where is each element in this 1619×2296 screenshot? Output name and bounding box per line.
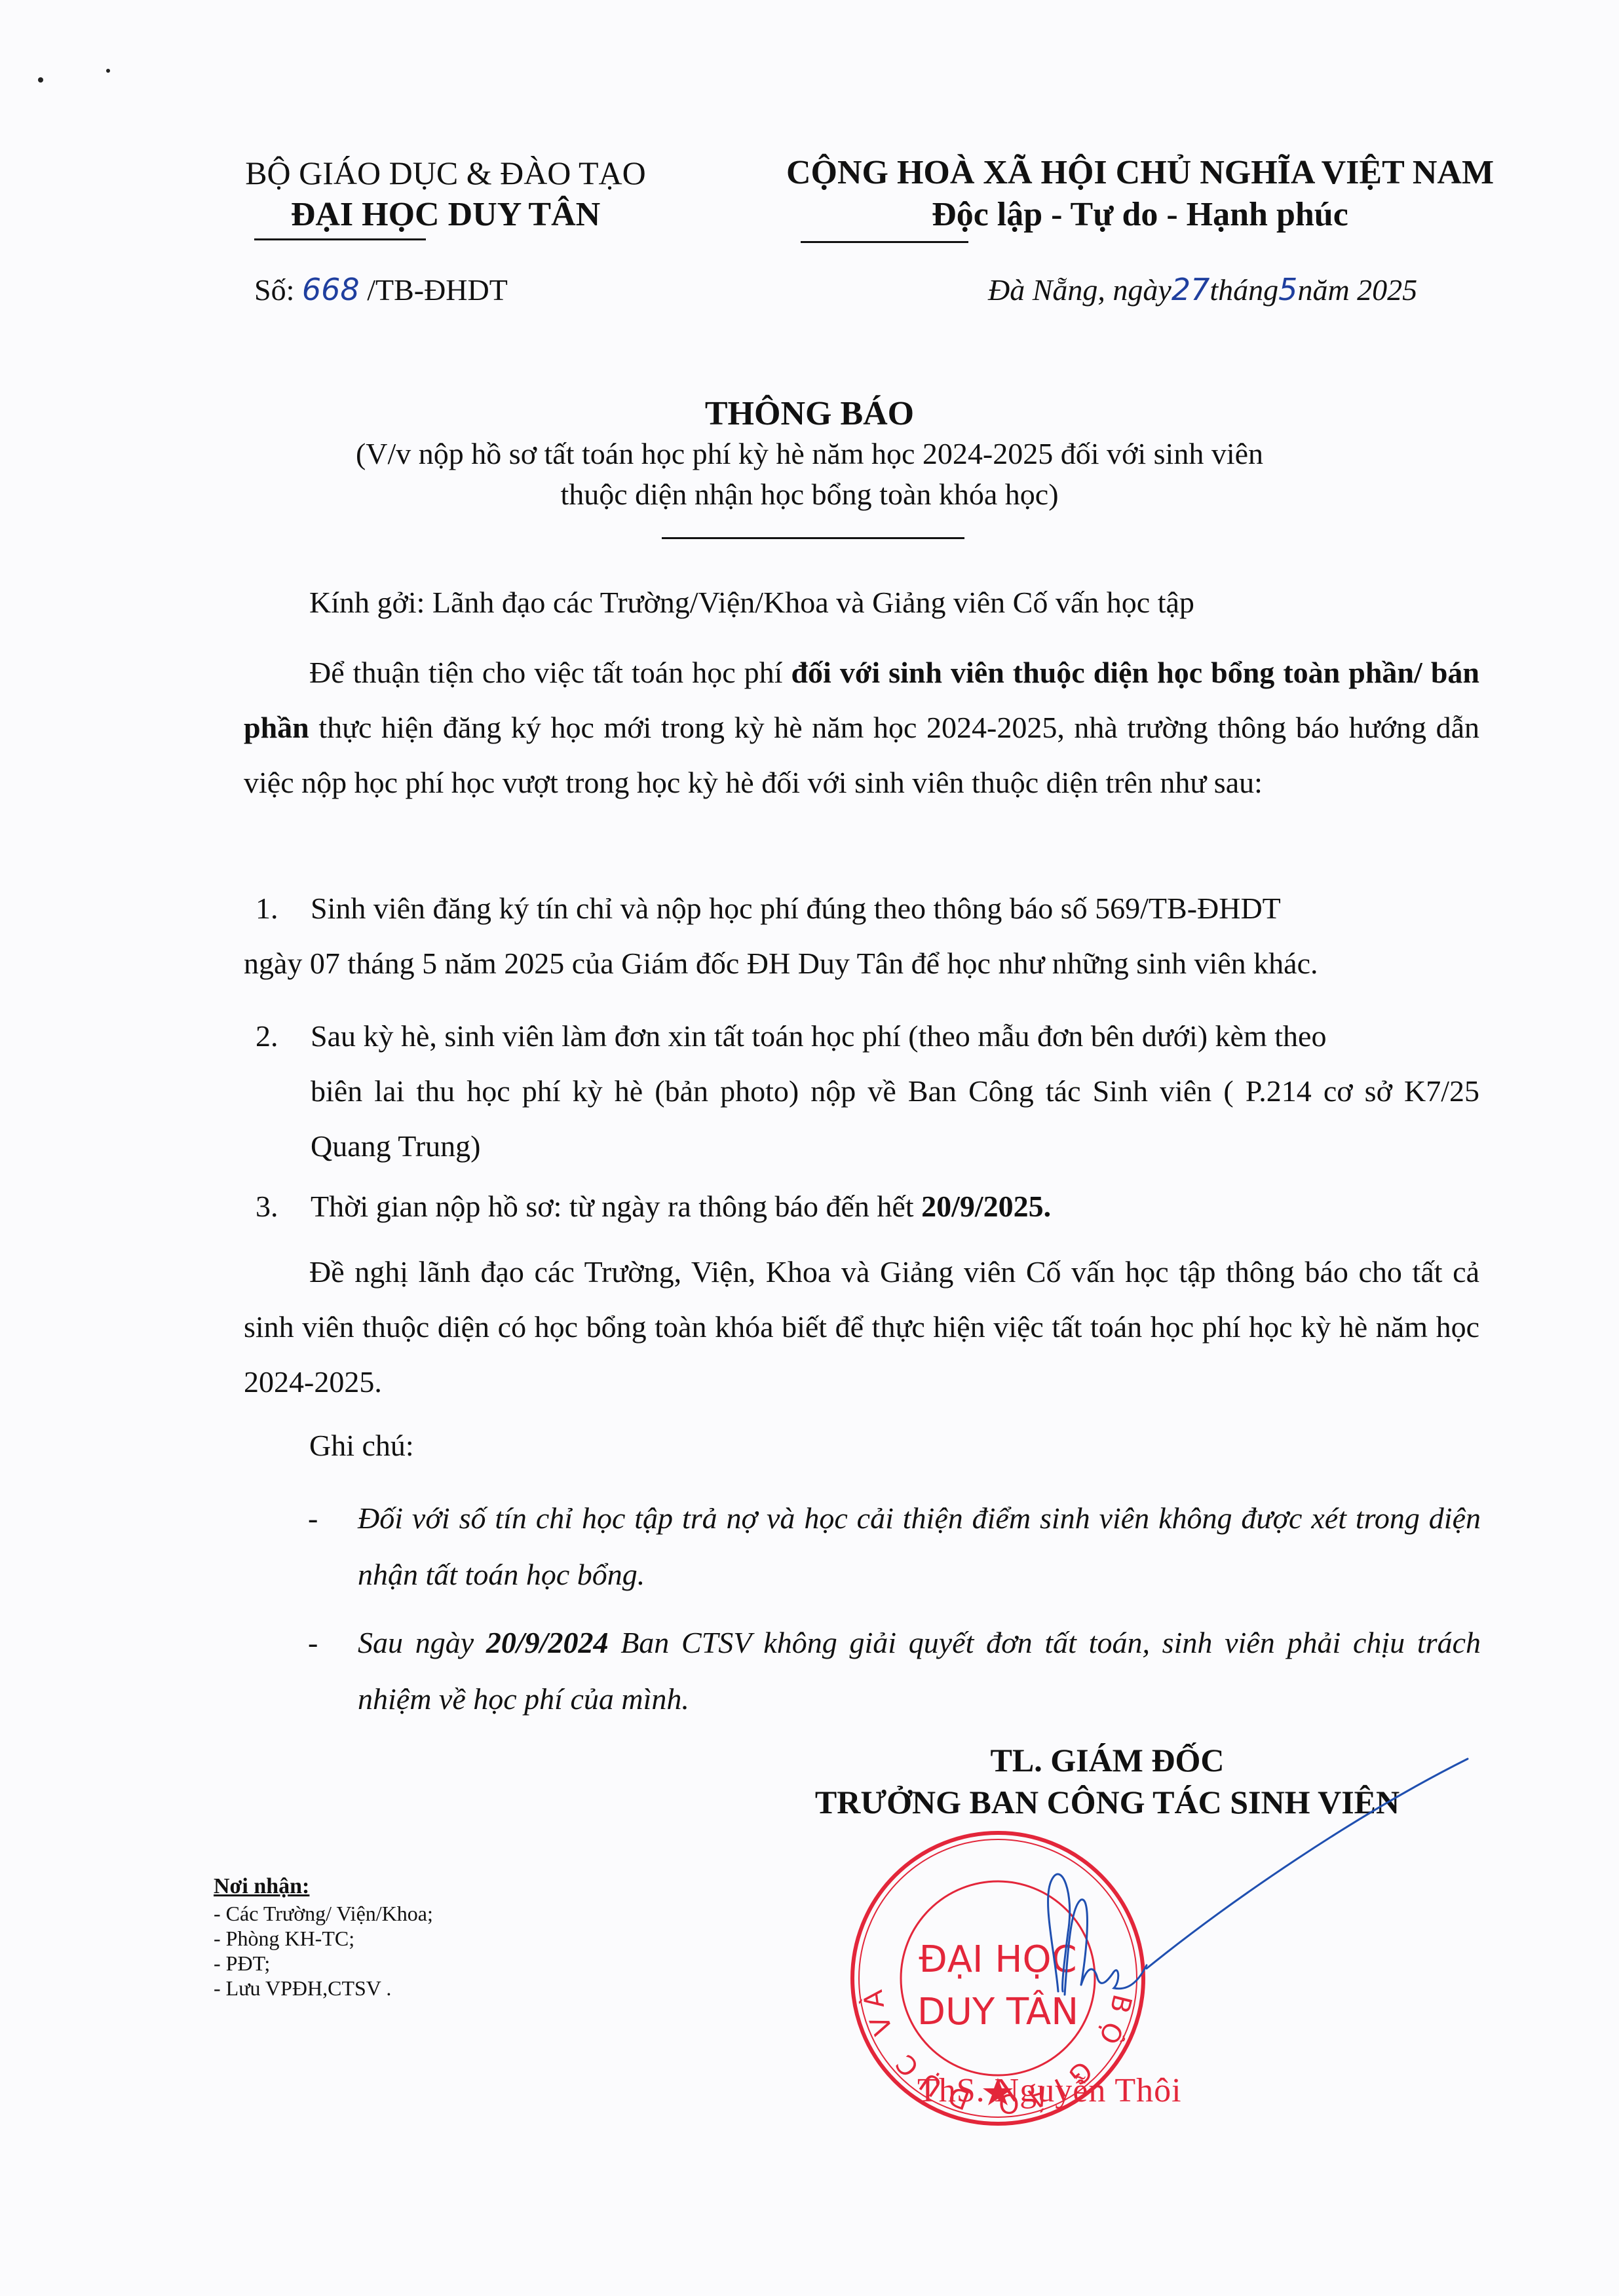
national-header: CỘNG HOÀ XÃ HỘI CHỦ NGHĨA VIỆT NAM Độc l…	[747, 152, 1533, 236]
recipient-item: - Phòng KH-TC;	[214, 1926, 433, 1951]
place-date: Đà Nẵng, ngày27tháng5năm 2025	[988, 272, 1417, 307]
month-label: tháng	[1209, 273, 1278, 307]
recipients-block: Nơi nhận: - Các Trường/ Viện/Khoa; - Phò…	[214, 1872, 433, 2001]
list-text: Sinh viên đăng ký tín chỉ và nộp học phí…	[311, 881, 1478, 936]
note-dash: -	[308, 1615, 318, 1671]
motto-underline	[801, 241, 968, 243]
list-text: Thời gian nộp hồ sơ: từ ngày ra thông bá…	[311, 1179, 1478, 1234]
deadline-date: 20/9/2025.	[921, 1190, 1051, 1223]
doc-number-handwritten: 668	[302, 272, 360, 307]
note-text-start: Sau ngày	[358, 1626, 486, 1659]
intro-text-end: thực hiện đăng ký học mới trong kỳ hè nă…	[244, 711, 1479, 799]
list-item-2: 2. Sau kỳ hè, sinh viên làm đơn xin tất …	[256, 1009, 1478, 1064]
list-number: 2.	[256, 1009, 278, 1064]
list-item-2-continuation: biên lai thu học phí kỳ hè (bản photo) n…	[311, 1064, 1479, 1174]
note-text: Đối với số tín chỉ học tập trả nợ và học…	[358, 1490, 1481, 1603]
doc-number-suffix: /TB-ĐHDT	[367, 273, 508, 307]
closing-paragraph: Đề nghị lãnh đạo các Trường, Viện, Khoa …	[244, 1245, 1479, 1410]
list-text-line: Thời gian nộp hồ sơ: từ ngày ra thông bá…	[311, 1190, 921, 1223]
place-prefix: Đà Nẵng, ngày	[988, 273, 1171, 307]
intro-text-start: Để thuận tiện cho việc tất toán học phí	[309, 656, 791, 689]
recipients-label: Nơi nhận:	[214, 1872, 433, 1901]
issuer-header: BỘ GIÁO DỤC & ĐÀO TẠO ĐẠI HỌC DUY TÂN	[197, 152, 695, 236]
note-dash: -	[308, 1490, 318, 1547]
list-item-3: 3. Thời gian nộp hồ sơ: từ ngày ra thông…	[256, 1179, 1478, 1234]
intro-paragraph: Để thuận tiện cho việc tất toán học phí …	[244, 645, 1479, 810]
handwritten-signature	[1016, 1736, 1474, 1998]
university-name: ĐẠI HỌC DUY TÂN	[197, 194, 695, 236]
list-number: 3.	[256, 1179, 278, 1234]
national-motto: Độc lập - Tự do - Hạnh phúc	[747, 194, 1533, 236]
list-text: Sau kỳ hè, sinh viên làm đơn xin tất toá…	[311, 1009, 1478, 1064]
notes-label: Ghi chú:	[309, 1428, 414, 1463]
recipient-item: - PĐT;	[214, 1951, 433, 1976]
note-item-2: - Sau ngày 20/9/2024 Ban CTSV không giải…	[308, 1615, 1481, 1727]
list-text-line: Sinh viên đăng ký tín chỉ và nộp học phí…	[311, 892, 1281, 925]
list-item-1: 1. Sinh viên đăng ký tín chỉ và nộp học …	[256, 881, 1478, 936]
year-text: năm 2025	[1297, 273, 1417, 307]
signer-name: ThS. Nguyễn Thôi	[917, 2071, 1182, 2110]
title-divider	[662, 537, 964, 539]
list-text-line: Sau kỳ hè, sinh viên làm đơn xin tất toá…	[311, 1019, 1326, 1053]
list-number: 1.	[256, 881, 278, 936]
list-item-1-continuation: ngày 07 tháng 5 năm 2025 của Giám đốc ĐH…	[244, 936, 1479, 991]
scan-artifact-mark	[33, 66, 111, 92]
note-item-1: - Đối với số tín chỉ học tập trả nợ và h…	[308, 1490, 1481, 1603]
recipient-item: - Các Trường/ Viện/Khoa;	[214, 1901, 433, 1926]
recipient-item: - Lưu VPĐH,CTSV .	[214, 1976, 433, 2001]
subject-line-1: (V/v nộp hồ sơ tất toán học phí kỳ hè nă…	[0, 434, 1619, 474]
ministry-name: BỘ GIÁO DỤC & ĐÀO TẠO	[197, 152, 695, 194]
day-handwritten: 27	[1171, 272, 1210, 307]
note-date: 20/9/2024	[486, 1626, 609, 1659]
document-title: THÔNG BÁO	[0, 394, 1619, 433]
doc-number-label: Số:	[254, 273, 294, 307]
salutation: Kính gởi: Lãnh đạo các Trường/Viện/Khoa …	[309, 585, 1194, 620]
document-subject: (V/v nộp hồ sơ tất toán học phí kỳ hè nă…	[0, 434, 1619, 515]
country-name: CỘNG HOÀ XÃ HỘI CHỦ NGHĨA VIỆT NAM	[747, 152, 1533, 194]
subject-line-2: thuộc diện nhận học bổng toàn khóa học)	[0, 474, 1619, 515]
university-underline	[254, 238, 426, 240]
document-number: Số: 668 /TB-ĐHDT	[254, 272, 508, 307]
month-handwritten: 5	[1278, 272, 1297, 307]
note-text: Sau ngày 20/9/2024 Ban CTSV không giải q…	[358, 1615, 1481, 1727]
